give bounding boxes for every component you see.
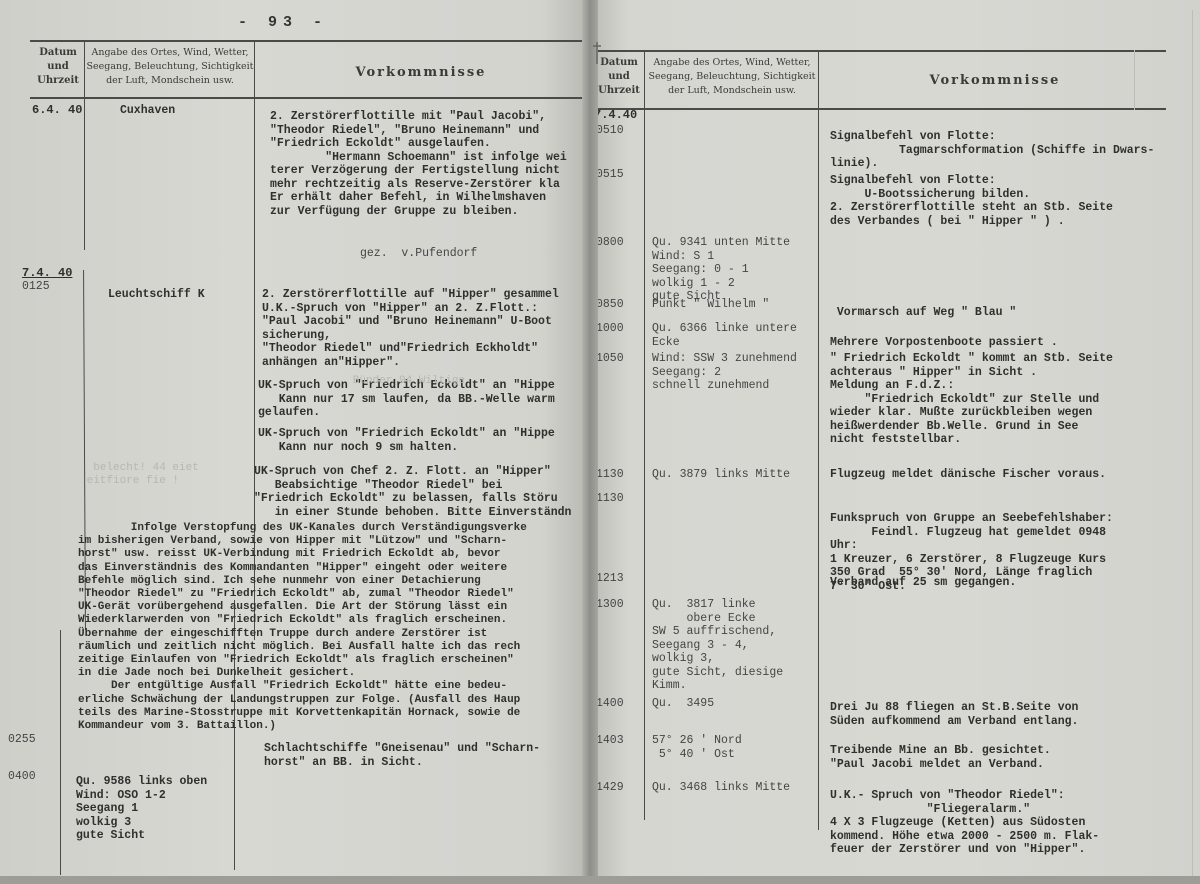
entry-time: 1050 [596, 352, 624, 366]
entry-text: 2. Zerstörerflottille mit "Paul Jacobi",… [270, 110, 567, 218]
entry-time: 0515 [596, 168, 624, 182]
entry-text: 2. Zerstörerflottille auf "Hipper" gesam… [262, 288, 559, 369]
header-events: Vorkommnisse [256, 66, 586, 80]
header-top-rule [596, 50, 1166, 52]
entry-location: Qu. 3468 links Mitte [652, 781, 790, 795]
entry-location: Qu. 3495 [652, 697, 714, 711]
page-edge [1192, 10, 1193, 880]
entry-time: 1130 [596, 468, 624, 482]
entry-text: UK-Spruch von "Friedrich Eckoldt" an "Hi… [258, 427, 555, 454]
signature: gez. v.Pufendorf [360, 247, 477, 261]
entry-date: 7.4. 40 [22, 267, 72, 281]
entry-text: Schlachtschiffe "Gneisenau" und "Scharn-… [264, 742, 540, 769]
entry-time: 1000 [596, 322, 624, 336]
entry-time: 0255 [8, 733, 36, 747]
entry-text: Vormarsch auf Weg " Blau " [830, 306, 1016, 320]
header-line: Angabe des Ortes, Wind, Wetter, [86, 46, 254, 60]
header-line: und [32, 60, 84, 74]
header-line: der Luft, Mondschein usw. [646, 84, 818, 98]
entry-time: 0850 [596, 298, 624, 312]
bleed-through-text: belecht! 44 eiet eitfiore fie ! [80, 462, 199, 488]
entry-location: Qu. 3879 links Mitte [652, 468, 790, 482]
entry-time: 1130 [596, 492, 624, 506]
column-divider [818, 50, 819, 830]
entry-time: 1400 [596, 697, 624, 711]
narrative-paragraph: Infolge Verstopfung des UK-Kanales durch… [78, 522, 527, 733]
bleed-through-text: Bünder 94 Wiltige [300, 375, 465, 388]
column-divider [84, 40, 85, 250]
entry-text: Signalbefehl von Flotte: U-Bootssicherun… [830, 174, 1113, 228]
entry-location: Cuxhaven [120, 104, 175, 118]
header-date: Datum und Uhrzeit [32, 46, 84, 88]
entry-location: Wind: SSW 3 zunehmend Seegang: 2 schnell… [652, 352, 797, 393]
entry-time: 1213 [596, 572, 624, 586]
entry-text: Treibende Mine an Bb. gesichtet. "Paul J… [830, 744, 1051, 771]
entry-time: 0800 [596, 236, 624, 250]
entry-text: UK-Spruch von Chef 2. Z. Flott. an "Hipp… [254, 465, 571, 519]
entry-date: 6.4. 40 [32, 104, 82, 118]
book-gutter [582, 0, 598, 884]
entry-text: Drei Ju 88 fliegen an St.B.Seite von Süd… [830, 701, 1078, 728]
left-page: - 93 - Datum und Uhrzeit Angabe des Orte… [0, 0, 588, 884]
header-line: Uhrzeit [594, 84, 644, 98]
entry-text: Verband auf 25 sm gegangen. [830, 576, 1016, 590]
entry-text: " Friedrich Eckoldt " kommt an Stb. Seit… [830, 352, 1113, 447]
entry-time: 1403 [596, 734, 624, 748]
right-page: Datum und Uhrzeit Angabe des Ortes, Wind… [592, 0, 1200, 884]
header-bottom-rule [596, 108, 1166, 110]
entry-time: 0510 [596, 124, 624, 138]
paper-clip-icon [590, 40, 604, 68]
header-location: Angabe des Ortes, Wind, Wetter, Seegang,… [86, 46, 254, 88]
entry-location: Qu. 9341 unten Mitte Wind: S 1 Seegang: … [652, 236, 790, 304]
entry-text: U.K.- Spruch von "Theodor Riedel": "Flie… [830, 789, 1099, 857]
header-line: Datum [32, 46, 84, 60]
header-top-rule [30, 40, 588, 42]
entry-time: 1300 [596, 598, 624, 612]
page-number: - 93 - [238, 14, 328, 31]
header-location: Angabe des Ortes, Wind, Wetter, Seegang,… [646, 56, 818, 98]
header-line: Seegang, Beleuchtung, Sichtigkeit [86, 60, 254, 74]
header-line: Uhrzeit [32, 74, 84, 88]
entry-text: Flugzeug meldet dänische Fischer voraus. [830, 468, 1106, 482]
column-divider [644, 50, 645, 820]
entry-location: 57° 26 ' Nord 5° 40 ' Ost [652, 734, 742, 761]
column-divider [60, 630, 61, 875]
header-line: und [594, 70, 644, 84]
entry-date: 7.4.40 [594, 109, 637, 123]
header-bottom-rule [30, 97, 588, 99]
header-line: Angabe des Ortes, Wind, Wetter, [646, 56, 818, 70]
entry-text: Mehrere Vorpostenboote passiert . [830, 322, 1058, 349]
entry-text: Signalbefehl von Flotte: Tagmarschformat… [830, 130, 1154, 171]
header-line: der Luft, Mondschein usw. [86, 74, 254, 88]
entry-time: 1429 [596, 781, 624, 795]
header-line: Seegang, Beleuchtung, Sichtigkeit [646, 70, 818, 84]
entry-location: Leuchtschiff K [108, 288, 205, 302]
entry-location: Qu. 3817 linke obere Ecke SW 5 auffrisch… [652, 598, 783, 693]
entry-location: Punkt " Wilhelm " [652, 298, 769, 312]
entry-location: Qu. 6366 linke untere Ecke [652, 322, 797, 349]
page-bottom-edge [0, 876, 1200, 884]
entry-location: Qu. 9586 links oben Wind: OSO 1-2 Seegan… [76, 775, 207, 843]
entry-time: 0400 [8, 770, 36, 784]
header-events: Vorkommnisse [820, 74, 1170, 88]
entry-time: 0125 [22, 280, 50, 294]
